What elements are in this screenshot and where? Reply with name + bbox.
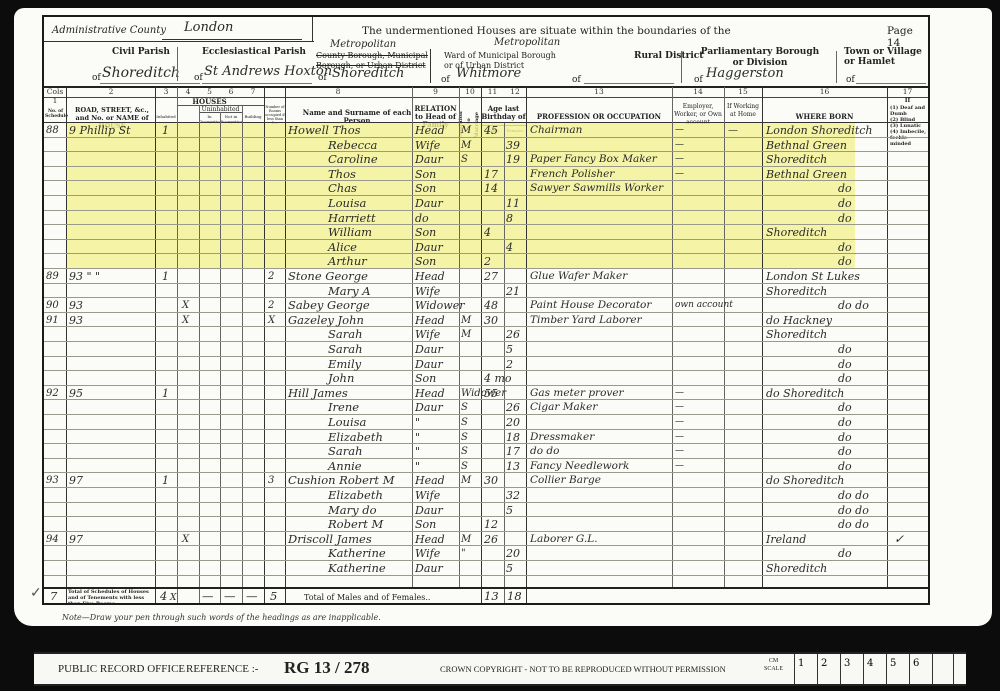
col-number: 12: [504, 87, 526, 96]
employer-status: —: [675, 152, 723, 167]
address: [69, 225, 155, 240]
occupation: Glue Wafer Maker: [530, 269, 672, 284]
town-label: Town or Village or Hamlet: [844, 47, 928, 67]
inhabited-mark: [162, 430, 176, 445]
rooms-count: [268, 138, 284, 153]
person-name: Gazeley John: [288, 313, 412, 328]
table-row: 889 Phillip St1Howell ThosHeadM45Chairma…: [44, 123, 928, 138]
infirmity-mark: [894, 298, 924, 313]
address: [69, 415, 155, 430]
uninhabited-mark: [182, 488, 196, 503]
working-at-home: [728, 181, 762, 196]
civil-parish-of: of: [92, 73, 101, 83]
uninhabited-mark: [182, 342, 196, 357]
rooms-count: [268, 181, 284, 196]
address: [69, 430, 155, 445]
admin-county-label: Administrative County: [52, 25, 166, 36]
table-row: Annie"S13Fancy Needlework—do: [44, 459, 928, 474]
total-schedules-count: 7: [50, 589, 57, 603]
infirmity-mark: [894, 488, 924, 503]
working-at-home: [728, 240, 762, 255]
census-form: Administrative County London The underme…: [42, 15, 930, 605]
occupation: [530, 546, 672, 561]
county-borough-annotation: Metropolitan: [330, 39, 396, 50]
address: 97: [69, 473, 155, 488]
address: [69, 327, 155, 342]
where-born: do: [766, 430, 958, 445]
where-born: do do: [766, 503, 958, 518]
table-row: 9093X2Sabey GeorgeWidower48Paint House D…: [44, 298, 928, 313]
female-age: 32: [506, 488, 526, 503]
rooms-count: [268, 532, 284, 547]
where-born: Shoreditch: [766, 225, 886, 240]
total-dash-2: —: [224, 589, 236, 603]
table-row: CarolineDaurS19Paper Fancy Box Maker—Sho…: [44, 152, 928, 167]
rooms-count: [268, 488, 284, 503]
table-row: Louisa"S20—do: [44, 415, 928, 430]
uninhabited-mark: X: [182, 313, 196, 328]
scale-tick: 3: [840, 654, 862, 684]
uninhabited-mark: [182, 459, 196, 474]
page-number: Page 14: [887, 25, 928, 49]
marital-condition: [461, 196, 481, 211]
scale-label-cm: CM: [764, 657, 783, 665]
employer-status: [675, 327, 723, 342]
schedule-number: [46, 444, 66, 459]
col-number: 15: [724, 87, 762, 96]
schedule-number: [46, 138, 66, 153]
working-at-home: [728, 298, 762, 313]
working-at-home: —: [728, 123, 762, 138]
employer-status: [675, 488, 723, 503]
col-number: 6: [220, 87, 242, 96]
schedule-number: [46, 211, 66, 226]
female-age: 8: [506, 211, 526, 226]
infirmity-mark: [894, 400, 924, 415]
header-building: Building: [242, 114, 264, 119]
working-at-home: [728, 225, 762, 240]
occupation: Laborer G.L.: [530, 532, 672, 547]
marital-condition: [461, 503, 481, 518]
infirmity-mark: ✓: [894, 532, 924, 547]
address: [69, 181, 155, 196]
where-born: Shoreditch: [766, 561, 886, 576]
employer-status: —: [675, 138, 723, 153]
occupation: Cigar Maker: [530, 400, 672, 415]
working-at-home: [728, 415, 762, 430]
schedule-number: 93: [46, 473, 66, 488]
occupation: [530, 517, 672, 532]
uninhabited-mark: [182, 503, 196, 518]
uninhabited-mark: [182, 269, 196, 284]
occupation: [530, 240, 672, 255]
rooms-count: [268, 503, 284, 518]
relation: Daur: [415, 196, 459, 211]
inhabited-mark: [162, 284, 176, 299]
schedule-number: [46, 503, 66, 518]
table-row: KatherineDaur5Shoreditch: [44, 561, 928, 576]
cm-scale: 1 2 3 4 5 6: [794, 654, 944, 684]
rooms-count: [268, 123, 284, 138]
relation: ": [415, 459, 459, 474]
infirmity-mark: [894, 313, 924, 328]
infirmity-mark: [894, 357, 924, 372]
employer-status: [675, 225, 723, 240]
male-age: 12: [484, 517, 504, 532]
working-at-home: [728, 152, 762, 167]
rooms-count: X: [268, 313, 284, 328]
marital-condition: M: [461, 327, 481, 342]
relation: Head: [415, 313, 459, 328]
male-age: [484, 357, 504, 372]
schedule-number: [46, 167, 66, 182]
occupation: Dressmaker: [530, 430, 672, 445]
marital-condition: S: [461, 415, 481, 430]
total-inhabited: 4: [160, 589, 167, 603]
address: [69, 342, 155, 357]
address: [69, 561, 155, 576]
rooms-count: [268, 152, 284, 167]
where-born: do: [766, 415, 958, 430]
uninhabited-mark: [182, 254, 196, 269]
rooms-count: [268, 546, 284, 561]
schedule-number: [46, 181, 66, 196]
uninhabited-mark: [182, 167, 196, 182]
female-age: [506, 167, 526, 182]
employer-status: [675, 342, 723, 357]
address: [69, 138, 155, 153]
table-row: JohnSon4 modo: [44, 371, 928, 386]
relation: Daur: [415, 503, 459, 518]
inhabited-mark: [162, 357, 176, 372]
eccl-parish-label: Ecclesiastical Parish: [202, 47, 306, 57]
occupation: [530, 342, 672, 357]
female-age: 17: [506, 444, 526, 459]
inhabited-mark: [162, 415, 176, 430]
rooms-count: [268, 167, 284, 182]
where-born: do: [766, 254, 958, 269]
schedule-number: 88: [46, 123, 66, 138]
working-at-home: [728, 342, 762, 357]
address: [69, 488, 155, 503]
uninhabited-mark: [182, 386, 196, 401]
table-row: Mary AWife21Shoreditch: [44, 284, 928, 299]
relation: ": [415, 430, 459, 445]
marital-condition: [461, 240, 481, 255]
col-number: 13: [526, 87, 672, 96]
relation: Daur: [415, 152, 459, 167]
schedule-number: 92: [46, 386, 66, 401]
where-born: Shoreditch: [766, 284, 886, 299]
address: [69, 459, 155, 474]
female-age: [506, 517, 526, 532]
occupation: Gas meter prover: [530, 386, 672, 401]
uninhabited-mark: [182, 415, 196, 430]
marital-condition: M: [461, 123, 481, 138]
total-dash-3: —: [246, 589, 258, 603]
employer-status: —: [675, 430, 723, 445]
male-age: 48: [484, 298, 504, 313]
table-row: ChasSon14Sawyer Sawmills Workerdo: [44, 181, 928, 196]
footer-office: PUBLIC RECORD OFFICE: [58, 663, 185, 675]
relation: Daur: [415, 357, 459, 372]
infirmity-mark: [894, 517, 924, 532]
uninhabited-mark: [182, 357, 196, 372]
marital-condition: S: [461, 444, 481, 459]
working-at-home: [728, 459, 762, 474]
female-age: [506, 225, 526, 240]
scale-tick: 4: [863, 654, 885, 684]
occupation: [530, 503, 672, 518]
parliamentary-value: Haggerston: [706, 66, 784, 81]
total-females: 18: [507, 589, 522, 603]
occupation: Sawyer Sawmills Worker: [530, 181, 672, 196]
female-age: 26: [506, 327, 526, 342]
relation: Head: [415, 269, 459, 284]
footer-copyright: CROWN COPYRIGHT - NOT TO BE REPRODUCED W…: [440, 664, 726, 674]
address: 93: [69, 298, 155, 313]
uninhabited-mark: [182, 181, 196, 196]
working-at-home: [728, 357, 762, 372]
header-working-home: If Working at Home: [726, 103, 760, 119]
female-age: 5: [506, 342, 526, 357]
male-age: [484, 546, 504, 561]
infirmity-mark: [894, 123, 924, 138]
col-number: 8: [264, 87, 412, 96]
where-born: do: [766, 196, 958, 211]
working-at-home: [728, 488, 762, 503]
table-row: Mary doDaur5do do: [44, 503, 928, 518]
schedule-number: [46, 400, 66, 415]
schedule-number: [46, 561, 66, 576]
total-uninhabited: X: [170, 593, 176, 603]
infirmity-mark: [894, 254, 924, 269]
col-number: Cols 1: [44, 87, 66, 105]
relation: Wife: [415, 488, 459, 503]
male-age: [484, 400, 504, 415]
infirmity-mark: [894, 444, 924, 459]
marital-condition: [461, 225, 481, 240]
infirmity-mark: [894, 430, 924, 445]
employer-status: —: [675, 167, 723, 182]
infirmity-mark: [894, 196, 924, 211]
header-infirmity-title: If: [887, 97, 928, 105]
where-born: do: [766, 459, 958, 474]
occupation: [530, 138, 672, 153]
employer-status: own account: [675, 298, 723, 313]
male-age: [484, 459, 504, 474]
address: 93 " ": [69, 269, 155, 284]
male-age: 2: [484, 254, 504, 269]
relation: Wife: [415, 327, 459, 342]
schedule-number: 89: [46, 269, 66, 284]
total-males: 13: [484, 589, 499, 603]
female-age: 20: [506, 415, 526, 430]
rooms-count: [268, 357, 284, 372]
rooms-count: [268, 561, 284, 576]
occupation: do do: [530, 444, 672, 459]
table-row: SarahWifeM26Shoreditch: [44, 327, 928, 342]
female-age: 18: [506, 430, 526, 445]
table-row: Elizabeth"S18Dressmaker—do: [44, 430, 928, 445]
inhabited-mark: [162, 400, 176, 415]
where-born: do: [766, 181, 958, 196]
address: [69, 444, 155, 459]
scale-label-scale: SCALE: [764, 665, 783, 673]
footer-reference-value: RG 13 / 278: [284, 658, 369, 678]
table-row: IreneDaurS26Cigar Maker—do: [44, 400, 928, 415]
inhabited-mark: [162, 327, 176, 342]
uninhabited-mark: [182, 327, 196, 342]
eccl-parish-value: St Andrews Hoxton: [204, 64, 332, 79]
marital-condition: [461, 488, 481, 503]
schedule-number: [46, 225, 66, 240]
inhabited-mark: [162, 211, 176, 226]
female-age: 20: [506, 546, 526, 561]
rooms-count: [268, 240, 284, 255]
inhabited-mark: [162, 371, 176, 386]
employer-status: [675, 269, 723, 284]
uninhabited-mark: [182, 371, 196, 386]
employer-status: [675, 517, 723, 532]
working-at-home: [728, 561, 762, 576]
female-age: 5: [506, 503, 526, 518]
total-persons-label: Total of Males and of Females..: [304, 593, 430, 602]
inhabited-mark: [162, 298, 176, 313]
working-at-home: [728, 532, 762, 547]
infirmity-mark: [894, 371, 924, 386]
inhabited-mark: [162, 254, 176, 269]
employer-status: —: [675, 123, 723, 138]
relation: Wife: [415, 546, 459, 561]
col-number: 3: [155, 87, 177, 96]
inhabited-mark: [162, 138, 176, 153]
uninhabited-mark: [182, 517, 196, 532]
where-born: London Shoreditch: [766, 123, 886, 138]
working-at-home: [728, 386, 762, 401]
male-age: [484, 561, 504, 576]
schedule-number: [46, 415, 66, 430]
occupation: [530, 211, 672, 226]
marital-condition: [461, 167, 481, 182]
marital-condition: [461, 517, 481, 532]
admin-county-value: London: [184, 20, 233, 35]
male-age: 30: [484, 313, 504, 328]
male-age: 4 mo: [484, 371, 504, 386]
inhabited-mark: [162, 459, 176, 474]
intro-text: The undermentioned Houses are situate wi…: [362, 25, 731, 37]
employer-status: [675, 254, 723, 269]
employer-status: [675, 196, 723, 211]
archive-footer: PUBLIC RECORD OFFICE REFERENCE :- RG 13 …: [34, 652, 966, 686]
occupation: Collier Barge: [530, 473, 672, 488]
rooms-count: [268, 386, 284, 401]
infirmity-deaf: (1) Deaf and Dumb: [890, 105, 930, 117]
occupation: French Polisher: [530, 167, 672, 182]
infirmity-mark: [894, 225, 924, 240]
male-age: 26: [484, 532, 504, 547]
scale-tick: 2: [817, 654, 839, 684]
marital-condition: [461, 561, 481, 576]
schedule-number: [46, 284, 66, 299]
census-rows: 889 Phillip St1Howell ThosHeadM45Chairma…: [44, 123, 928, 591]
male-age: 4: [484, 225, 504, 240]
occupation: [530, 225, 672, 240]
infirmity-mark: [894, 503, 924, 518]
uninhabited-mark: X: [182, 298, 196, 313]
employer-status: —: [675, 459, 723, 474]
male-age: [484, 138, 504, 153]
address: [69, 400, 155, 415]
schedule-number: 91: [46, 313, 66, 328]
employer-status: [675, 532, 723, 547]
female-age: [506, 181, 526, 196]
table-row: Harriettdo8do: [44, 211, 928, 226]
where-born: do: [766, 342, 958, 357]
female-age: 13: [506, 459, 526, 474]
where-born: Shoreditch: [766, 327, 886, 342]
header-where-born: WHERE BORN: [762, 113, 887, 121]
male-age: [484, 430, 504, 445]
county-borough-of: of: [318, 73, 327, 83]
inhabited-mark: [162, 225, 176, 240]
infirmity-mark: [894, 327, 924, 342]
table-row: 9497XDriscoll JamesHeadM26Laborer G.L.Ir…: [44, 532, 928, 547]
uninhabited-mark: [182, 546, 196, 561]
occupation: [530, 488, 672, 503]
address: [69, 152, 155, 167]
scale-tick: 6: [909, 654, 931, 684]
scale-tick: 5: [886, 654, 908, 684]
address: [69, 517, 155, 532]
table-row: EmilyDaur2do: [44, 357, 928, 372]
marital-condition: M: [461, 473, 481, 488]
male-age: 55: [484, 386, 504, 401]
employer-status: —: [675, 415, 723, 430]
inhabited-mark: [162, 488, 176, 503]
total-rooms: 5: [270, 589, 277, 603]
marital-condition: S: [461, 152, 481, 167]
inhabited-mark: [162, 196, 176, 211]
working-at-home: [728, 167, 762, 182]
infirmity-mark: [894, 342, 924, 357]
col-number: 14: [672, 87, 724, 96]
county-borough-value: Shoreditch: [332, 66, 404, 81]
relation: Daur: [415, 400, 459, 415]
marital-condition: [461, 357, 481, 372]
scale-tick: 1: [794, 654, 816, 684]
employer-status: —: [675, 386, 723, 401]
employer-status: [675, 546, 723, 561]
occupation: [530, 284, 672, 299]
male-age: 27: [484, 269, 504, 284]
total-dash-1: —: [202, 589, 214, 603]
working-at-home: [728, 430, 762, 445]
table-row: RebeccaWifeM39—Bethnal Green: [44, 138, 928, 153]
occupation: [530, 357, 672, 372]
col-number: 9: [412, 87, 459, 96]
male-age: 45: [484, 123, 504, 138]
working-at-home: [728, 503, 762, 518]
infirmity-mark: [894, 138, 924, 153]
rooms-count: [268, 225, 284, 240]
uninhabited-mark: [182, 473, 196, 488]
table-row: ArthurSon2do: [44, 254, 928, 269]
parliamentary-of: of: [694, 75, 703, 85]
col-number: 2: [67, 87, 155, 96]
schedule-number: [46, 152, 66, 167]
total-schedules-label: Total of Schedules of Houses and of Tene…: [68, 589, 154, 607]
